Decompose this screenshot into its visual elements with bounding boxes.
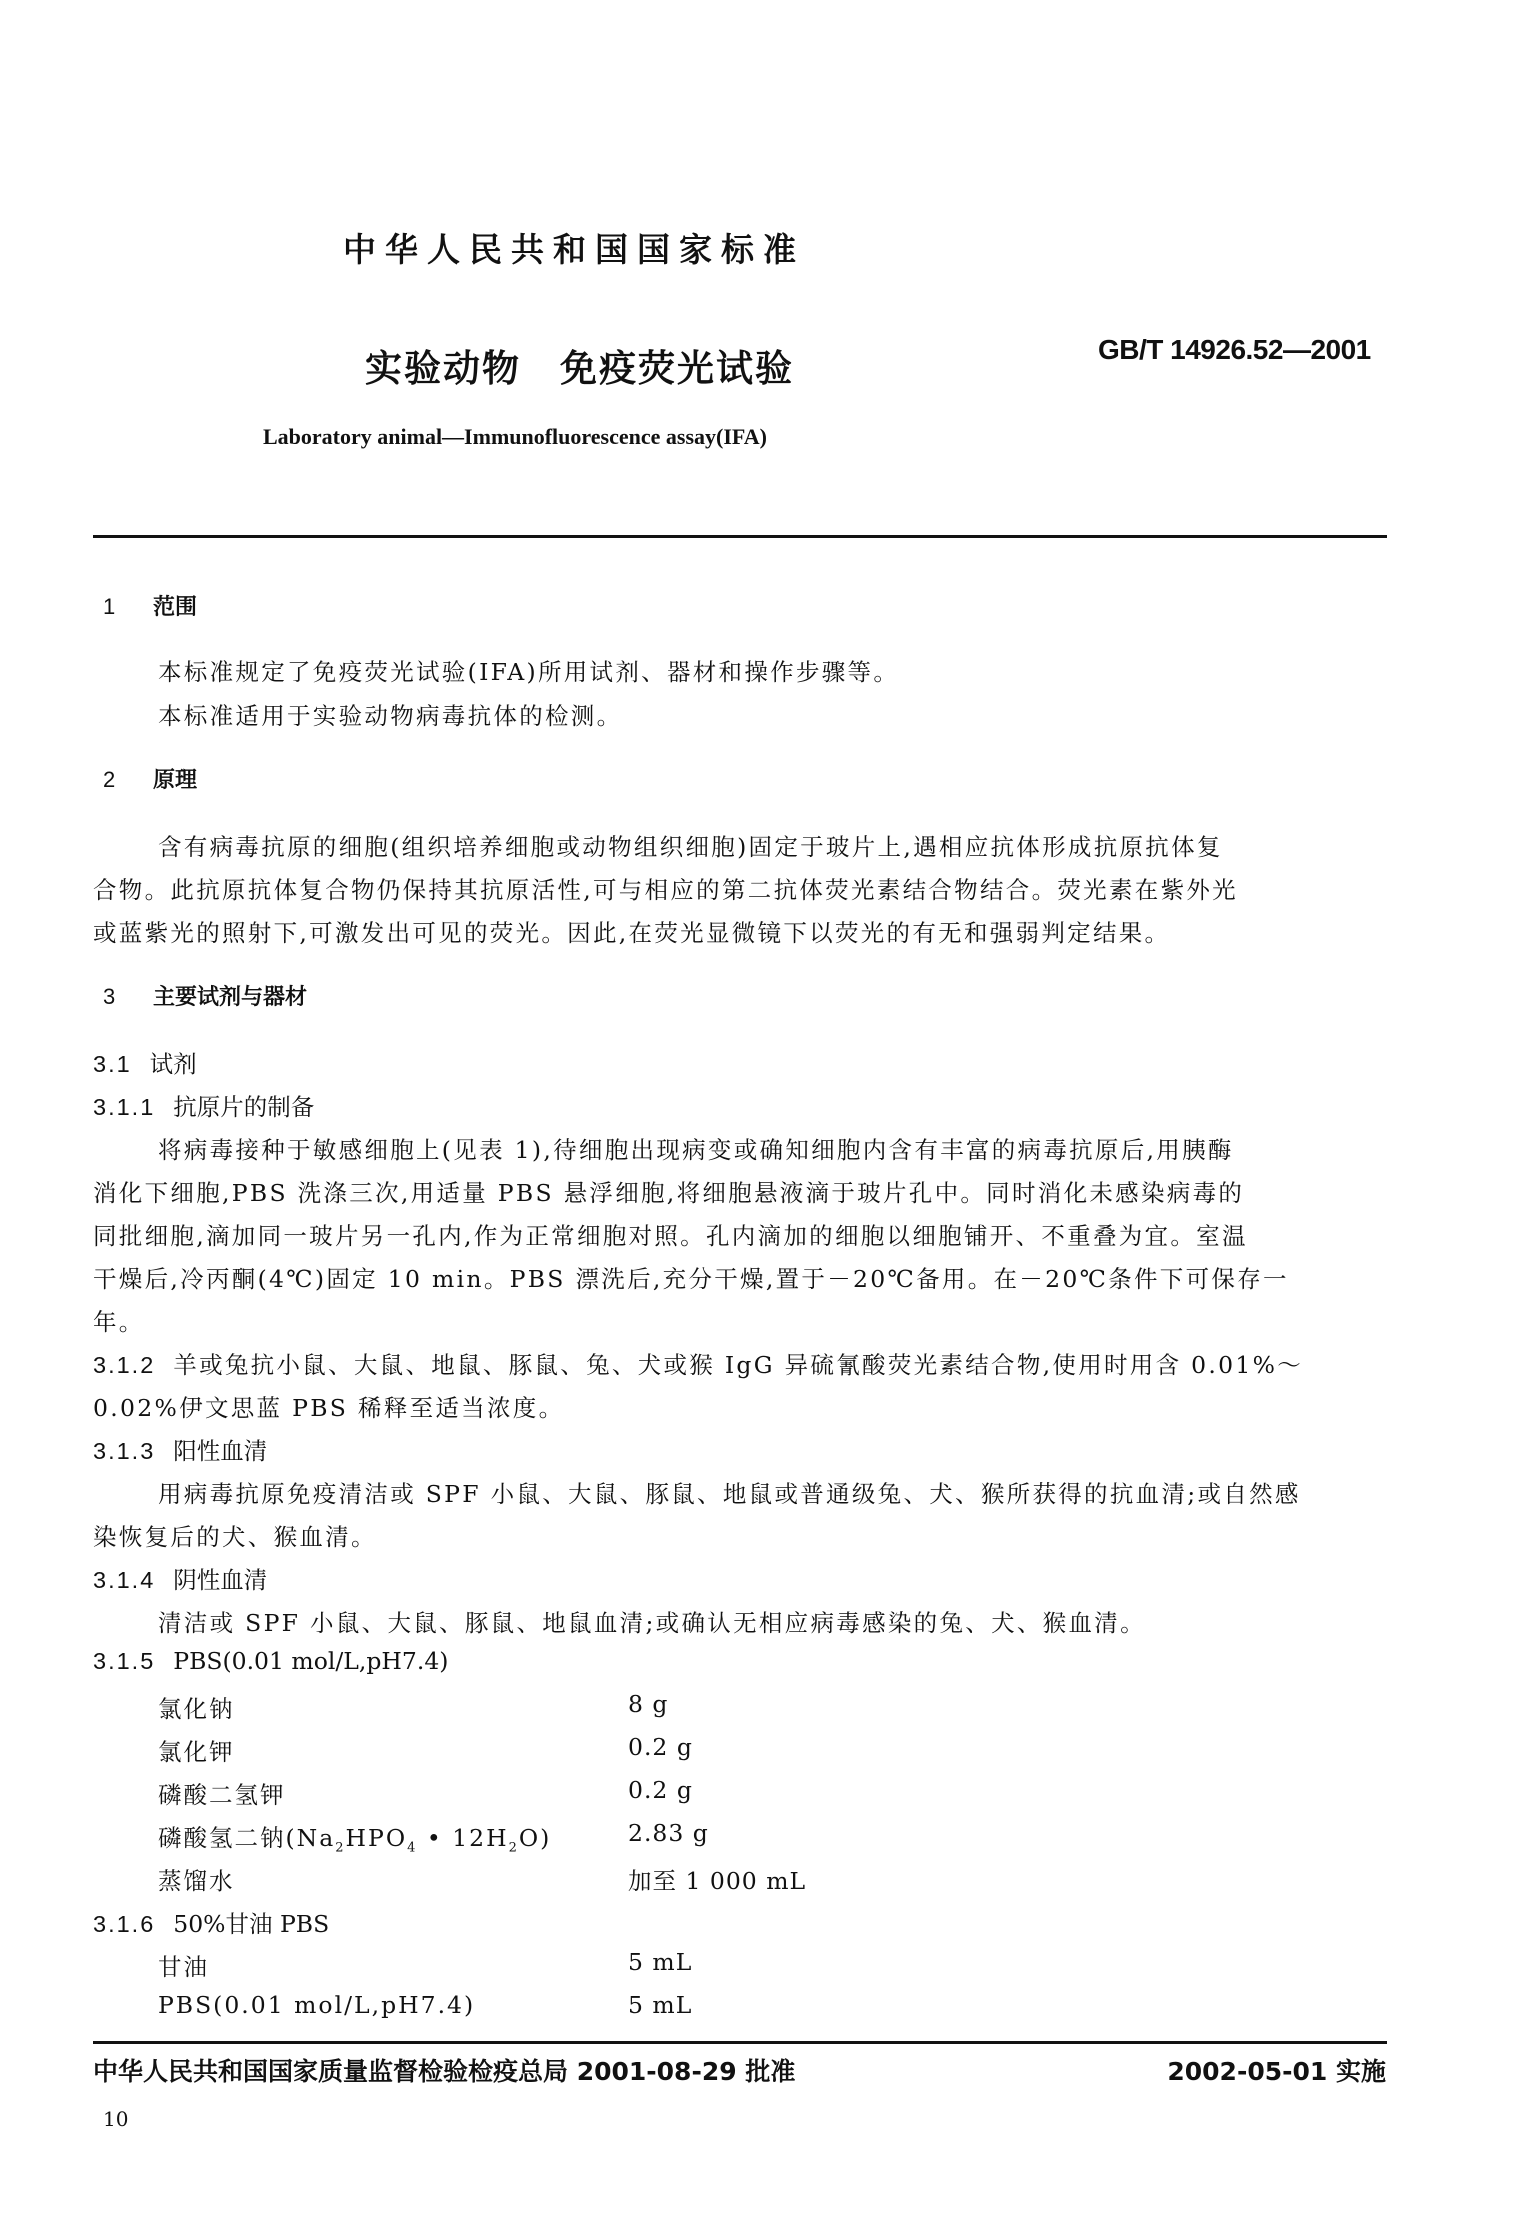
paragraph-line: 同批细胞,滴加同一玻片另一孔内,作为正常细胞对照。孔内滴加的细胞以细胞铺开、不重… [93, 1217, 1248, 1251]
reagent-row: 甘油 [158, 1948, 209, 1982]
section-3-heading: 3主要试剂与器材 [103, 980, 307, 1011]
standard-code: GB/T 14926.52—2001 [1098, 334, 1371, 366]
reagent-amount: 5 mL [628, 1948, 692, 1976]
subsection-3-1-1-heading: 3.1.1抗原片的制备 [93, 1088, 314, 1122]
standard-organization: 中华人民共和国国家标准 [343, 224, 805, 271]
paragraph: 本标准规定了免疫荧光试验(IFA)所用试剂、器材和操作步骤等。 [158, 653, 899, 687]
implementation-date: 2002-05-01 实施 [1167, 2052, 1386, 2088]
paragraph-line: 用病毒抗原免疫清洁或 SPF 小鼠、大鼠、豚鼠、地鼠或普通级兔、犬、猴所获得的抗… [158, 1475, 1301, 1509]
subsection-3-1-5-heading: 3.1.5PBS(0.01 mol/L,pH7.4) [93, 1647, 448, 1675]
reagent-row: 磷酸二氢钾 [158, 1776, 286, 1810]
approval-line: 中华人民共和国国家质量监督检验检疫总局 2001-08-29 批准 [93, 2052, 795, 2088]
paragraph-line: 0.02%伊文思蓝 PBS 稀释至适当浓度。 [93, 1389, 564, 1423]
reagent-row: PBS(0.01 mol/L,pH7.4) [158, 1991, 475, 2019]
section-2-heading: 2原理 [103, 763, 197, 794]
reagent-amount: 加至 1 000 mL [628, 1862, 806, 1896]
reagent-row: 氯化钠 [158, 1690, 235, 1724]
paragraph-line: 将病毒接种于敏感细胞上(见表 1),待细胞出现病变或确知细胞内含有丰富的病毒抗原… [158, 1131, 1234, 1165]
paragraph-line: 或蓝紫光的照射下,可激发出可见的荧光。因此,在荧光显微镜下以荧光的有无和强弱判定… [93, 914, 1170, 948]
reagent-row: 氯化钾 [158, 1733, 235, 1767]
reagent-amount: 8 g [628, 1690, 668, 1718]
subsection-3-1-4-heading: 3.1.4阴性血清 [93, 1561, 267, 1595]
paragraph-line: 含有病毒抗原的细胞(组织培养细胞或动物组织细胞)固定于玻片上,遇相应抗体形成抗原… [158, 828, 1223, 862]
header-divider [93, 535, 1387, 538]
paragraph-line: 年。 [93, 1303, 145, 1337]
paragraph-line: 清洁或 SPF 小鼠、大鼠、豚鼠、地鼠血清;或确认无相应病毒感染的兔、犬、猴血清… [158, 1604, 1146, 1638]
section-title: 原理 [153, 768, 197, 793]
paragraph-line: 干燥后,冷丙酮(4℃)固定 10 min。PBS 漂洗后,充分干燥,置于－20℃… [93, 1260, 1289, 1294]
reagent-row: 磷酸氢二钠(Na2HPO4 • 12H2O) [158, 1819, 551, 1856]
paragraph-line: 合物。此抗原抗体复合物仍保持其抗原活性,可与相应的第二抗体荧光素结合物结合。荧光… [93, 871, 1238, 905]
reagent-amount: 2.83 g [628, 1819, 709, 1847]
footer-divider [93, 2041, 1387, 2044]
subsection-3-1-2: 3.1.2羊或兔抗小鼠、大鼠、地鼠、豚鼠、兔、犬或猴 IgG 异硫氰酸荧光素结合… [93, 1346, 1303, 1380]
reagent-amount: 5 mL [628, 1991, 692, 2019]
subsection-3-1-6-heading: 3.1.650%甘油 PBS [93, 1905, 329, 1939]
section-title: 主要试剂与器材 [153, 985, 307, 1010]
document-title: 实验动物 免疫荧光试验 [365, 338, 794, 392]
paragraph: 本标准适用于实验动物病毒抗体的检测。 [158, 697, 622, 731]
subsection-3-1-heading: 3.1试剂 [93, 1045, 197, 1079]
reagent-row: 蒸馏水 [158, 1862, 235, 1896]
section-1-heading: 1范围 [103, 590, 197, 621]
subsection-3-1-3-heading: 3.1.3阳性血清 [93, 1432, 267, 1466]
paragraph-line: 染恢复后的犬、猴血清。 [93, 1518, 377, 1552]
english-title: Laboratory animal—Immunofluorescence ass… [263, 424, 767, 450]
page-number: 10 [103, 2107, 128, 2131]
reagent-amount: 0.2 g [628, 1733, 693, 1761]
section-title: 范围 [153, 595, 197, 620]
paragraph-line: 消化下细胞,PBS 洗涤三次,用适量 PBS 悬浮细胞,将细胞悬液滴于玻片孔中。… [93, 1174, 1244, 1208]
reagent-amount: 0.2 g [628, 1776, 693, 1804]
